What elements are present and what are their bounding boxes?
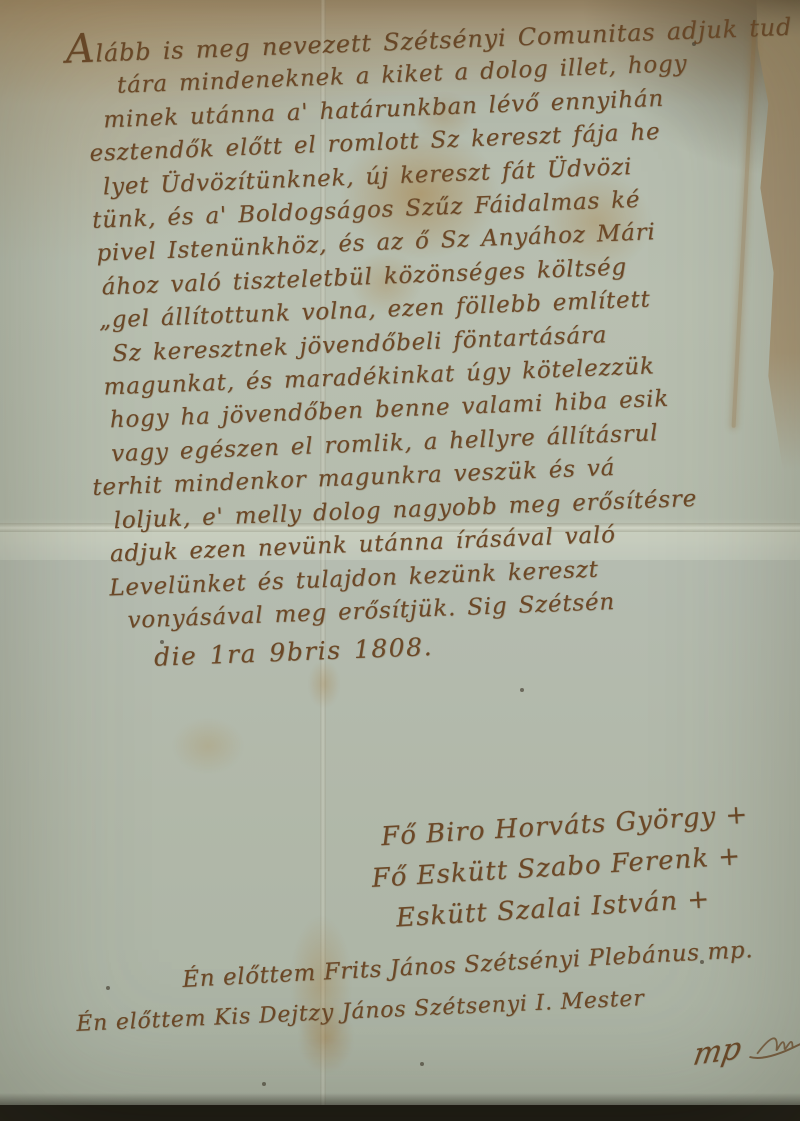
stain xyxy=(172,718,244,774)
witness-line: Én előttem Kis Dejtzy János Szétsenyi I.… xyxy=(76,986,645,1037)
dark-background-strip xyxy=(0,1105,800,1121)
manuscript-photo: Alább is meg nevezett Szétsényi Comunita… xyxy=(0,0,800,1121)
manuscript-body: Alább is meg nevezett Szétsényi Comunita… xyxy=(58,7,794,678)
ink-speck xyxy=(106,986,110,990)
closing-flourish: mp xyxy=(691,1019,800,1073)
ink-speck xyxy=(520,688,524,692)
ink-speck xyxy=(420,1062,424,1066)
bottom-edge-shadow xyxy=(0,1093,800,1107)
flourish-swash-icon xyxy=(744,1023,800,1065)
ink-speck xyxy=(262,1082,266,1086)
closing-mark: mp xyxy=(690,1030,744,1073)
witness-line: Én előttem Frits János Szétsényi Plebánu… xyxy=(182,937,754,993)
signature-block: Fő Biro Horváts György + Fő Eskütt Szabo… xyxy=(368,795,754,941)
